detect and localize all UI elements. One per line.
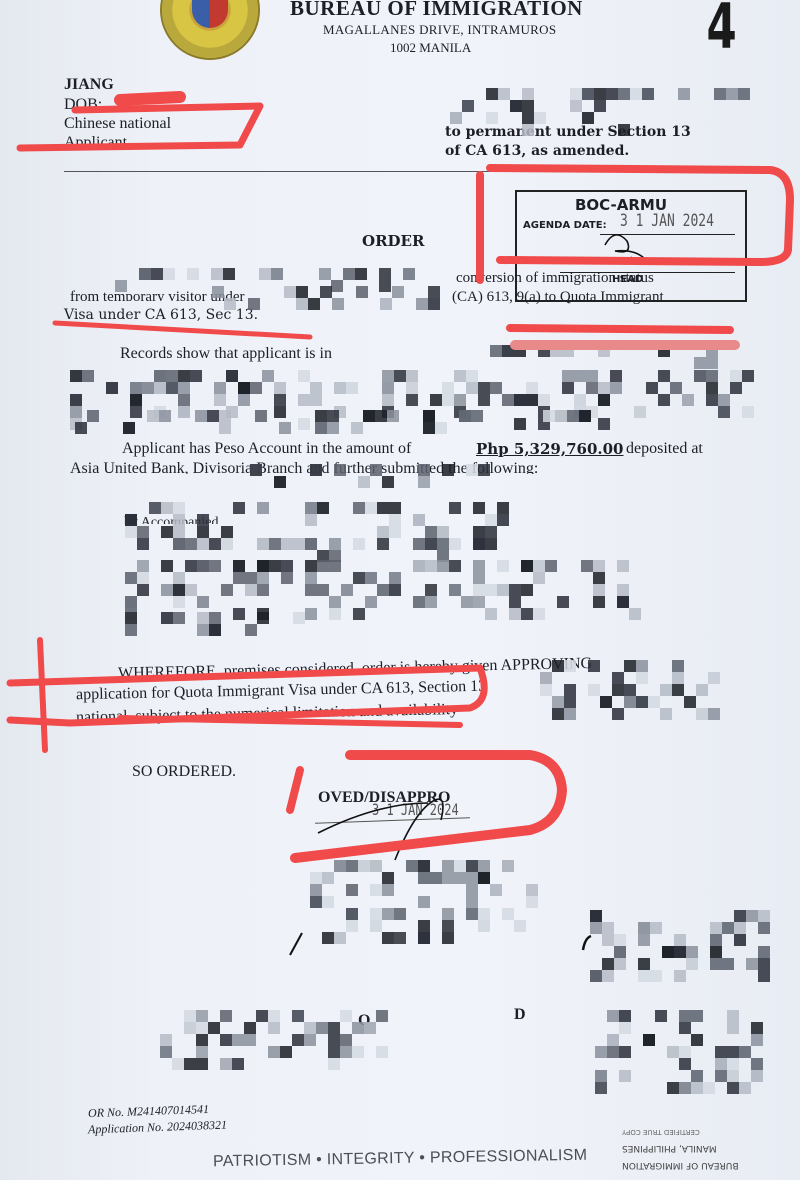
redaction-pixel (327, 410, 339, 422)
redaction-pixel (514, 418, 526, 430)
redaction-pixel (674, 934, 686, 946)
redaction-pixel (418, 896, 430, 908)
redaction-pixel (498, 88, 510, 100)
redaction-pixel (149, 502, 161, 514)
redaction-pixel (727, 1058, 739, 1070)
redaction-pixel (377, 584, 389, 596)
redaction-pixel (624, 696, 636, 708)
redaction-pixel (75, 422, 87, 434)
redaction-pixel (418, 476, 430, 488)
redaction-pixel (284, 286, 296, 298)
redaction-pixel (454, 872, 466, 884)
redaction-pixel (154, 370, 166, 382)
redaction-pixel (220, 1034, 232, 1046)
redaction-pixel (557, 596, 569, 608)
redaction-pixel (220, 1058, 232, 1070)
redaction-pixel (340, 1034, 352, 1046)
redaction-pixel (730, 370, 742, 382)
redaction-pixel (449, 538, 461, 550)
receiving-stamp-line2: BUREAU OF IMMIGRATION (622, 1160, 739, 1170)
redaction-pixel (582, 112, 594, 124)
redaction-pixel (521, 608, 533, 620)
redaction-pixel (184, 1010, 196, 1022)
redaction-pixel (334, 464, 346, 476)
redaction-pixel (538, 345, 550, 357)
subject-line: to permanent under Section 13 of CA 613,… (445, 123, 691, 161)
redaction-pixel (376, 1010, 388, 1022)
redaction-pixel (322, 872, 334, 884)
records-paragraph: Records show that applicant is in (120, 345, 332, 363)
redaction-pixel (382, 872, 394, 884)
redaction-pixel (708, 708, 720, 720)
redaction-pixel (462, 100, 474, 112)
redaction-pixel (370, 920, 382, 932)
redaction-pixel (233, 608, 245, 620)
redaction-pixel (574, 370, 586, 382)
redaction-pixel (734, 922, 746, 934)
redaction-pixel (173, 612, 185, 624)
redaction-pixel (233, 502, 245, 514)
redaction-pixel (485, 538, 497, 550)
redaction-pixel (353, 538, 365, 550)
redaction-pixel (425, 596, 437, 608)
redaction-pixel (442, 920, 454, 932)
redaction-pixel (358, 860, 370, 872)
redaction-pixel (238, 382, 250, 394)
redaction-pixel (137, 572, 149, 584)
redaction-pixel (450, 112, 462, 124)
redaction-pixel (346, 382, 358, 394)
redaction-pixel (522, 124, 534, 136)
redaction-pixel (195, 410, 207, 422)
agency-address-line2: 1002 MANILA (390, 40, 471, 56)
redaction-pixel (686, 958, 698, 970)
redaction-pixel (315, 422, 327, 434)
redaction-pixel (173, 502, 185, 514)
redaction-pixel (125, 624, 137, 636)
redaction-pixel (593, 596, 605, 608)
redaction-pixel (220, 1010, 232, 1022)
redaction-pixel (486, 88, 498, 100)
redaction-pixel (87, 410, 99, 422)
redaction-pixel (658, 370, 670, 382)
redaction-pixel (173, 526, 185, 538)
agency-name: BUREAU OF IMMIGRATION (290, 0, 583, 21)
redaction-pixel (710, 922, 722, 934)
redaction-pixel (160, 1034, 172, 1046)
redaction-pixel (159, 410, 171, 422)
redaction-pixel (137, 526, 149, 538)
redaction-pixel (478, 860, 490, 872)
redaction-pixel (562, 382, 574, 394)
redaction-pixel (244, 1034, 256, 1046)
redaction-pixel (610, 382, 622, 394)
redaction-pixel (425, 538, 437, 550)
redaction-pixel (403, 268, 415, 280)
redaction-pixel (449, 502, 461, 514)
redaction-pixel (746, 910, 758, 922)
redaction-pixel (211, 268, 223, 280)
redaction-pixel (382, 394, 394, 406)
redaction-pixel (214, 394, 226, 406)
redaction-pixel (245, 572, 257, 584)
redaction-pixel (413, 538, 425, 550)
redaction-pixel (473, 538, 485, 550)
redaction-pixel (257, 612, 269, 624)
redaction-pixel (522, 88, 534, 100)
redaction-pixel (442, 382, 454, 394)
redaction-pixel (684, 696, 696, 708)
redaction-pixel (209, 624, 221, 636)
redaction-pixel (238, 394, 250, 406)
redaction-pixel (328, 1046, 340, 1058)
redaction-pixel (269, 560, 281, 572)
redaction-pixel (679, 1046, 691, 1058)
redaction-pixel (178, 394, 190, 406)
redaction-pixel (624, 684, 636, 696)
redaction-pixel (224, 298, 236, 310)
redaction-pixel (423, 422, 435, 434)
wherefore-line-3: national, subject to the numerical limit… (76, 701, 458, 727)
redaction-pixel (305, 560, 317, 572)
redaction-pixel (382, 476, 394, 488)
redaction-pixel (658, 345, 670, 357)
redaction-pixel (389, 526, 401, 538)
redaction-pixel (670, 382, 682, 394)
redaction-pixel (727, 1070, 739, 1082)
redaction-pixel (212, 286, 224, 298)
redaction-pixel (209, 612, 221, 624)
redaction-pixel (190, 370, 202, 382)
redaction-pixel (564, 684, 576, 696)
redaction-pixel (377, 538, 389, 550)
redaction-pixel (607, 1034, 619, 1046)
redaction-pixel (197, 514, 209, 526)
redaction-pixel (454, 394, 466, 406)
redaction-pixel (268, 1022, 280, 1034)
redaction-pixel (610, 370, 622, 382)
redaction-pixel (196, 1010, 208, 1022)
redaction-pixel (758, 910, 770, 922)
redaction-pixel (533, 572, 545, 584)
redaction-pixel (322, 896, 334, 908)
redaction-pixel (703, 1082, 715, 1094)
redaction-pixel (490, 345, 502, 357)
redaction-pixel (268, 1046, 280, 1058)
redaction-pixel (598, 418, 610, 430)
redaction-pixel (727, 1082, 739, 1094)
redaction-pixel (370, 908, 382, 920)
redaction-pixel (442, 872, 454, 884)
redaction-pixel (490, 884, 502, 896)
redaction-pixel (125, 514, 137, 526)
redaction-pixel (257, 560, 269, 572)
redaction-pixel (727, 1022, 739, 1034)
redaction-pixel (296, 286, 308, 298)
header-divider (64, 171, 744, 172)
redaction-pixel (442, 860, 454, 872)
redaction-pixel (173, 514, 185, 526)
redaction-pixel (679, 1058, 691, 1070)
redaction-pixel (209, 538, 221, 550)
redaction-pixel (197, 596, 209, 608)
redaction-pixel (163, 268, 175, 280)
redaction-pixel (394, 932, 406, 944)
redaction-pixel (502, 394, 514, 406)
redaction-pixel (389, 584, 401, 596)
redaction-pixel (178, 382, 190, 394)
redaction-pixel (346, 860, 358, 872)
redaction-pixel (442, 932, 454, 944)
redaction-pixel (185, 584, 197, 596)
redaction-pixel (223, 268, 235, 280)
redaction-pixel (356, 286, 368, 298)
redaction-pixel (607, 1046, 619, 1058)
redaction-pixel (279, 422, 291, 434)
redaction-pixel (327, 422, 339, 434)
redaction-pixel (137, 560, 149, 572)
motto: PATRIOTISM • INTEGRITY • PROFESSIONALISM (213, 1147, 588, 1172)
redaction-pixel (602, 970, 614, 982)
redaction-pixel (196, 1022, 208, 1034)
redaction-pixel (161, 502, 173, 514)
redaction-pixel (538, 394, 550, 406)
redaction-pixel (545, 560, 557, 572)
redaction-pixel (594, 88, 606, 100)
redaction-pixel (310, 464, 322, 476)
redaction-pixel (751, 1070, 763, 1082)
redaction-pixel (466, 464, 478, 476)
redaction-pixel (708, 672, 720, 684)
redaction-pixel (526, 382, 538, 394)
agenda-date-line (600, 234, 735, 235)
redaction-pixel (509, 584, 521, 596)
redaction-pixel (125, 612, 137, 624)
redaction-pixel (614, 934, 626, 946)
redaction-pixel (590, 970, 602, 982)
redaction-pixel (595, 1046, 607, 1058)
redaction-pixel (351, 422, 363, 434)
redaction-pixel (353, 572, 365, 584)
redaction-pixel (244, 1022, 256, 1034)
redaction-pixel (406, 382, 418, 394)
redaction-pixel (648, 696, 660, 708)
redaction-pixel (586, 370, 598, 382)
redaction-pixel (184, 1022, 196, 1034)
redaction-pixel (352, 1022, 364, 1034)
redaction-pixel (154, 382, 166, 394)
redaction-pixel (734, 934, 746, 946)
redaction-pixel (221, 538, 233, 550)
redaction-pixel (293, 612, 305, 624)
redaction-pixel (751, 1034, 763, 1046)
redaction-pixel (509, 596, 521, 608)
redaction-pixel (655, 1010, 667, 1022)
applicant-dob-label: DOB: (64, 96, 102, 114)
redaction-pixel (696, 708, 708, 720)
redaction-pixel (691, 1082, 703, 1094)
redaction-pixel (710, 946, 722, 958)
redaction-pixel (602, 958, 614, 970)
redaction-pixel (435, 422, 447, 434)
redaction-pixel (208, 1022, 220, 1034)
redaction-pixel (612, 708, 624, 720)
redaction-pixel (353, 608, 365, 620)
redaction-pixel (160, 1046, 172, 1058)
redaction-pixel (310, 382, 322, 394)
redaction-pixel (618, 88, 630, 100)
redaction-pixel (418, 860, 430, 872)
redaction-pixel (522, 112, 534, 124)
applicant-name: JIANG (64, 76, 114, 94)
redaction-pixel (370, 884, 382, 896)
redaction-pixel (526, 896, 538, 908)
redaction-pixel (514, 920, 526, 932)
redaction-pixel (248, 298, 260, 310)
redaction-pixel (352, 1046, 364, 1058)
redaction-pixel (660, 708, 672, 720)
redaction-pixel (706, 357, 718, 369)
redaction-pixel (125, 596, 137, 608)
redaction-pixel (137, 538, 149, 550)
redaction-pixel (161, 560, 173, 572)
redaction-pixel (533, 608, 545, 620)
redaction-pixel (459, 410, 471, 422)
redaction-pixel (257, 502, 269, 514)
redaction-pixel (379, 280, 391, 292)
redaction-pixel (588, 660, 600, 672)
redaction-pixel (172, 1058, 184, 1070)
redaction-pixel (406, 860, 418, 872)
redaction-pixel (618, 124, 630, 136)
redaction-pixel (674, 946, 686, 958)
signature-stroke-icon (583, 936, 591, 950)
redaction-pixel (370, 860, 382, 872)
redaction-pixel (694, 370, 706, 382)
redaction-pixel (334, 932, 346, 944)
redaction-pixel (363, 410, 375, 422)
redaction-pixel (442, 908, 454, 920)
redaction-pixel (125, 572, 137, 584)
redaction-pixel (281, 572, 293, 584)
redaction-pixel (662, 946, 674, 958)
redaction-pixel (394, 908, 406, 920)
redaction-pixel (485, 584, 497, 596)
redaction-pixel (514, 394, 526, 406)
redaction-pixel (268, 1010, 280, 1022)
redaction-pixel (691, 1034, 703, 1046)
redaction-pixel (679, 1082, 691, 1094)
redaction-pixel (305, 502, 317, 514)
redaction-pixel (715, 1046, 727, 1058)
redaction-pixel (328, 1058, 340, 1070)
redaction-pixel (617, 596, 629, 608)
redaction-pixel (329, 538, 341, 550)
redaction-pixel (466, 884, 478, 896)
redaction-pixel (389, 514, 401, 526)
applicant-role: Applicant (64, 134, 127, 144)
redaction-pixel (406, 394, 418, 406)
redaction-pixel (534, 112, 546, 124)
redaction-pixel (466, 872, 478, 884)
redaction-pixel (341, 584, 353, 596)
redaction-pixel (375, 410, 387, 422)
redaction-pixel (250, 464, 262, 476)
redaction-pixel (221, 584, 233, 596)
redaction-pixel (173, 584, 185, 596)
redaction-pixel (316, 1022, 328, 1034)
redaction-pixel (449, 584, 461, 596)
redaction-pixel (387, 410, 399, 422)
deposited-text: deposited at (626, 440, 703, 458)
redaction-pixel (130, 406, 142, 418)
redaction-pixel (473, 584, 485, 596)
redaction-pixel (588, 684, 600, 696)
redaction-pixel (320, 286, 332, 298)
redaction-pixel (722, 958, 734, 970)
redaction-pixel (742, 370, 754, 382)
redaction-pixel (593, 584, 605, 596)
redaction-pixel (598, 345, 610, 357)
redaction-pixel (298, 394, 310, 406)
redaction-pixel (197, 538, 209, 550)
redaction-pixel (271, 268, 283, 280)
redaction-pixel (590, 910, 602, 922)
redaction-pixel (581, 560, 593, 572)
redaction-pixel (550, 345, 562, 357)
redaction-pixel (70, 406, 82, 418)
redaction-pixel (317, 502, 329, 514)
redaction-pixel (364, 1022, 376, 1034)
redaction-pixel (315, 410, 327, 422)
redaction-pixel (555, 410, 567, 422)
redaction-pixel (305, 572, 317, 584)
redaction-pixel (346, 884, 358, 896)
redaction-pixel (310, 896, 322, 908)
redaction-pixel (454, 860, 466, 872)
agency-address-line1: MAGALLANES DRIVE, INTRAMUROS (323, 22, 556, 38)
redaction-pixel (226, 370, 238, 382)
so-ordered: SO ORDERED. (132, 763, 236, 781)
redaction-pixel (602, 934, 614, 946)
redaction-pixel (343, 268, 355, 280)
redaction-pixel (739, 1046, 751, 1058)
redaction-pixel (595, 1082, 607, 1094)
redaction-pixel (178, 370, 190, 382)
redaction-pixel (328, 1022, 340, 1034)
redaction-pixel (612, 672, 624, 684)
redaction-pixel (706, 382, 718, 394)
redaction-pixel (161, 526, 173, 538)
redaction-pixel (317, 560, 329, 572)
redaction-pixel (123, 422, 135, 434)
redaction-pixel (593, 560, 605, 572)
redaction-pixel (533, 560, 545, 572)
redaction-pixel (466, 896, 478, 908)
application-number: Application No. 2024038321 (88, 1118, 227, 1138)
redaction-pixel (377, 502, 389, 514)
redaction-pixel (715, 1070, 727, 1082)
redaction-pixel (606, 88, 618, 100)
redaction-pixel (564, 696, 576, 708)
redaction-pixel (173, 596, 185, 608)
redaction-pixel (365, 502, 377, 514)
redaction-pixel (564, 708, 576, 720)
redaction-pixel (232, 1034, 244, 1046)
redaction-pixel (478, 464, 490, 476)
redaction-pixel (643, 1034, 655, 1046)
redaction-pixel (710, 958, 722, 970)
